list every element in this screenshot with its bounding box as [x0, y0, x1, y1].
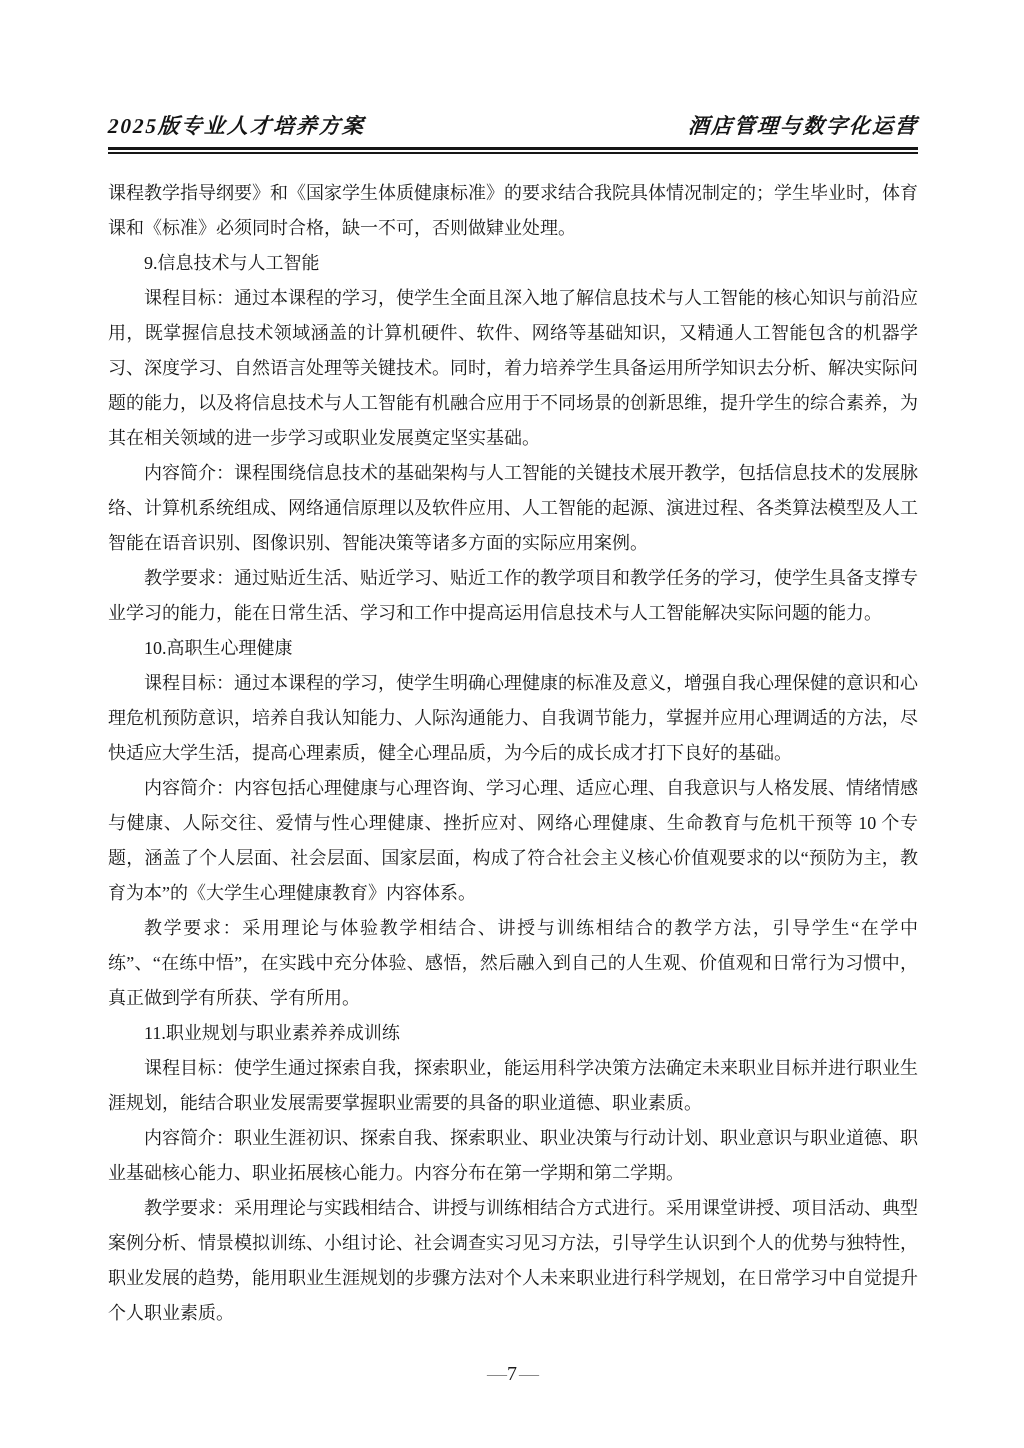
section-11-content-summary: 内容简介：职业生涯初识、探索自我、探索职业、职业决策与行动计划、职业意识与职业道… — [108, 1121, 918, 1191]
section-9-course-objectives: 课程目标：通过本课程的学习，使学生全面且深入地了解信息技术与人工智能的核心知识与… — [108, 281, 918, 456]
section-11-heading: 11.职业规划与职业素养养成训练 — [108, 1016, 918, 1051]
header-double-rule — [108, 147, 918, 154]
footer-dash-right: — — [519, 1363, 537, 1385]
continuation-paragraph: 课程教学指导纲要》和《国家学生体质健康标准》的要求结合我院具体情况制定的；学生毕… — [108, 176, 918, 246]
running-header: 2025版专业人才培养方案 酒店管理与数字化运营 — [108, 110, 918, 154]
header-left-title: 2025版专业人才培养方案 — [107, 110, 366, 140]
section-9-heading: 9.信息技术与人工智能 — [108, 246, 918, 281]
header-right-title: 酒店管理与数字化运营 — [687, 110, 919, 140]
section-10-teaching-requirements: 教学要求：采用理论与体验教学相结合、讲授与训练相结合的教学方法，引导学生“在学中… — [108, 911, 918, 1016]
section-11-teaching-requirements: 教学要求：采用理论与实践相结合、讲授与训练相结合方式进行。采用课堂讲授、项目活动… — [108, 1191, 918, 1331]
page-number: 7 — [505, 1363, 519, 1385]
page-footer: —7— — [0, 1363, 1024, 1386]
section-9-content-summary: 内容简介：课程围绕信息技术的基础架构与人工智能的关键技术展开教学，包括信息技术的… — [108, 456, 918, 561]
footer-dash-left: — — [487, 1363, 505, 1385]
document-body: 课程教学指导纲要》和《国家学生体质健康标准》的要求结合我院具体情况制定的；学生毕… — [108, 176, 918, 1331]
section-9-teaching-requirements: 教学要求：通过贴近生活、贴近学习、贴近工作的教学项目和教学任务的学习，使学生具备… — [108, 561, 918, 631]
document-page: 2025版专业人才培养方案 酒店管理与数字化运营 课程教学指导纲要》和《国家学生… — [0, 0, 1024, 1448]
section-11-course-objectives: 课程目标：使学生通过探索自我，探索职业，能运用科学决策方法确定未来职业目标并进行… — [108, 1051, 918, 1121]
section-10-content-summary: 内容简介：内容包括心理健康与心理咨询、学习心理、适应心理、自我意识与人格发展、情… — [108, 771, 918, 911]
section-10-heading: 10.高职生心理健康 — [108, 631, 918, 666]
section-10-course-objectives: 课程目标：通过本课程的学习，使学生明确心理健康的标准及意义，增强自我心理保健的意… — [108, 666, 918, 771]
